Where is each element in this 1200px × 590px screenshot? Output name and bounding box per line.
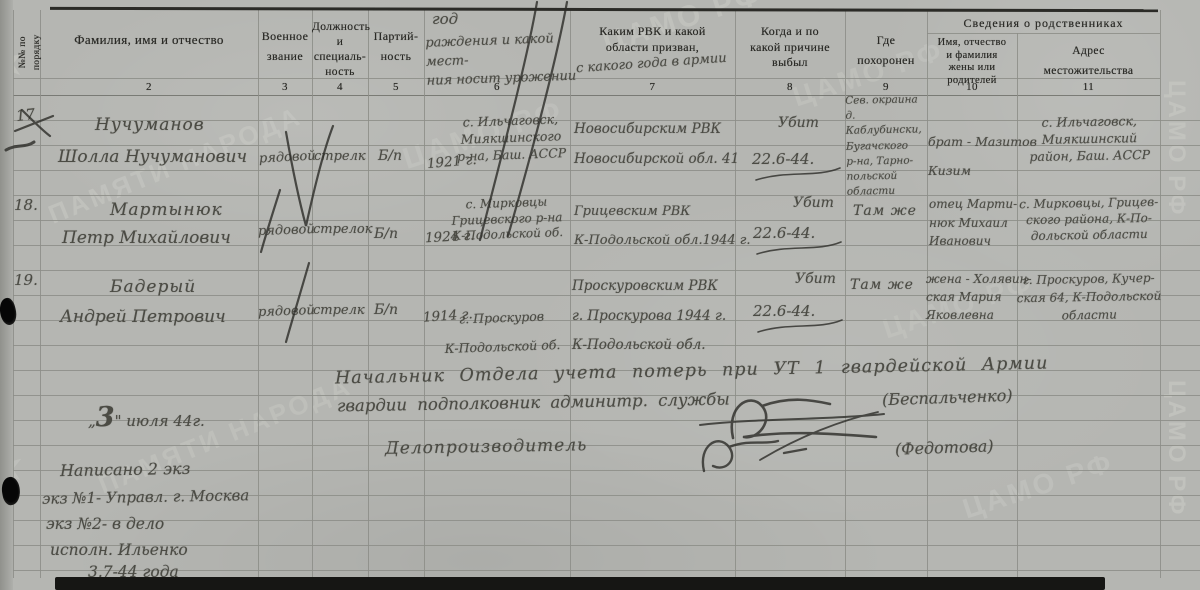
col-header-rank: Военное звание — [258, 26, 312, 67]
row-name: Андрей Петрович — [60, 306, 226, 328]
row-party: Б/п — [374, 225, 398, 243]
scanned-document-page: ЦАМО РФ ЦАМО РФ ЦАМО РФ ПАМЯТИ НАРОДА ПА… — [0, 0, 1200, 590]
scan-bottom-bar — [55, 577, 1105, 590]
punch-hole — [0, 296, 19, 326]
row-birthplace: с. Ильчаговск, Миякшинского р-на, Баш. А… — [449, 111, 573, 166]
row-surname: Мартынюк — [110, 199, 223, 221]
col-header-address: Адрес местожительства — [1017, 42, 1160, 81]
grid-line — [13, 570, 1200, 571]
grid-line — [735, 10, 736, 578]
row-birthplace: с. Мирковцы Грицевского р-на К-Подольско… — [443, 194, 571, 245]
grid-line — [13, 445, 1200, 446]
grid-line — [927, 33, 1160, 34]
row-cause-status: Убит — [778, 114, 819, 132]
row-relative: брат - Мазитов Кизим — [928, 128, 1037, 186]
col-number: 7 — [570, 80, 735, 94]
row-address: с. Мирковцы, Грицев- ского района, К-По-… — [1018, 194, 1161, 245]
row-rank: рядовой — [258, 222, 315, 241]
row-cause-date: 22.6-44. — [753, 302, 815, 322]
date-day: 3 — [96, 402, 115, 433]
col-header-rvk: Каким РВК и какой области призван, — [570, 24, 735, 55]
col-header-position: Должность и специаль- ность — [312, 20, 368, 80]
table-top-border — [50, 7, 1158, 12]
col-number: 5 — [368, 80, 424, 94]
col-number: 4 — [312, 80, 368, 94]
watermark-text: ЦАМО РФ — [1162, 380, 1190, 517]
row-cause-date: 22.6-44. — [752, 150, 814, 170]
grid-line — [312, 10, 313, 578]
row-rvk: Грицевским РВК К-Подольской обл.1944 г. — [574, 198, 751, 255]
row-cause-status: Убит — [793, 194, 834, 212]
grid-line — [570, 10, 571, 578]
col-number: 3 — [258, 80, 312, 94]
pen-stroke — [261, 190, 280, 252]
row-address: г. Проскуров, Кучер- ская 64, К-Подольск… — [1016, 269, 1163, 326]
row-rank: рядовой — [258, 303, 315, 322]
grid-line — [424, 10, 425, 578]
grid-line — [368, 10, 369, 578]
grid-line — [13, 520, 1200, 521]
row-party: Б/п — [374, 301, 398, 319]
col-number: 10 — [927, 80, 1017, 94]
grid-line — [13, 545, 1200, 546]
row-position: стрелк — [314, 149, 366, 166]
signoff-line2: гвардии подполковник админитр. службы — [337, 389, 730, 417]
grid-line — [13, 95, 1160, 96]
col-header-name: Фамилия, имя и отчество — [40, 32, 258, 49]
row-name: Петр Михайлович — [62, 227, 231, 249]
col-header-birth-printed: год — [432, 10, 458, 30]
row-party: Б/п — [378, 147, 402, 165]
col-header-cause: Когда и по какой причине выбыл — [735, 24, 845, 71]
row-number: 17 — [15, 105, 36, 126]
col-number: 6 — [424, 80, 570, 94]
note-executor: исполн. Ильенко — [50, 540, 188, 560]
row-burial: Сев. окраина д. Каблубински, Бугачского … — [845, 92, 931, 200]
note-copies: Написано 2 экз — [60, 459, 191, 482]
note-copy1: экз №1- Управл. г. Москва — [42, 486, 250, 509]
row-cause-date: 22.6-44. — [753, 224, 815, 244]
col-number: 11 — [1017, 80, 1160, 94]
row-rvk: Новосибирским РВК Новосибирской обл. 41 — [574, 115, 739, 174]
row-position: стрелк — [313, 303, 365, 320]
signoff-signature1-name: (Беспальченко) — [882, 386, 1013, 411]
row-rvk: Проскуровским РВК г. Проскурова 1944 г. … — [572, 272, 726, 361]
row-cause-status: Убит — [795, 270, 836, 288]
row-number: 18. — [14, 196, 38, 216]
grid-line — [40, 10, 41, 578]
row-position: стрелок — [313, 222, 373, 239]
relatives-group-header: Сведения о родственниках — [927, 16, 1160, 32]
pen-stroke — [757, 242, 841, 254]
pen-stroke — [758, 320, 842, 332]
row-burial: Там же — [853, 202, 917, 220]
col-number: 8 — [735, 80, 845, 94]
note-copy2: экз №2- в дело — [46, 514, 164, 534]
signoff-signature2-name: (Федотова) — [895, 436, 994, 460]
row-surname: Нучуманов — [95, 114, 205, 136]
row-rank: рядовой — [259, 149, 317, 169]
date-rest: " июля 44г. — [115, 412, 205, 430]
row-name: Шолла Нучуманович — [58, 146, 247, 168]
watermark-text: ЦАМО РФ — [959, 447, 1118, 526]
signature-scribble — [732, 400, 876, 438]
watermark-text: ЦАМО РФ — [1162, 80, 1190, 217]
row-burial: Там же — [850, 276, 914, 294]
pen-stroke — [286, 126, 333, 226]
date-open-quote: „ — [88, 412, 96, 430]
row-surname: Бадерый — [110, 276, 196, 298]
row-number: 19. — [14, 271, 38, 291]
row-relative: отец Марти- нюк Михаил Иванович — [929, 195, 1017, 251]
row-address: с. Ильчаговск, Миякшинский район, Баш. А… — [1022, 113, 1158, 166]
row-birthplace: г. Проскуров К-Подольской об. — [437, 302, 567, 364]
grid-line — [258, 10, 259, 578]
signoff-clerk-title: Делопроизводитель — [385, 434, 588, 460]
col-header-burial: Где похоронен — [845, 30, 927, 71]
signoff-date: „3" июля 44г. — [88, 380, 205, 435]
grid-line — [13, 470, 1200, 471]
col-number: 2 — [40, 80, 258, 94]
col-header-party: Партий- ность — [368, 26, 424, 67]
